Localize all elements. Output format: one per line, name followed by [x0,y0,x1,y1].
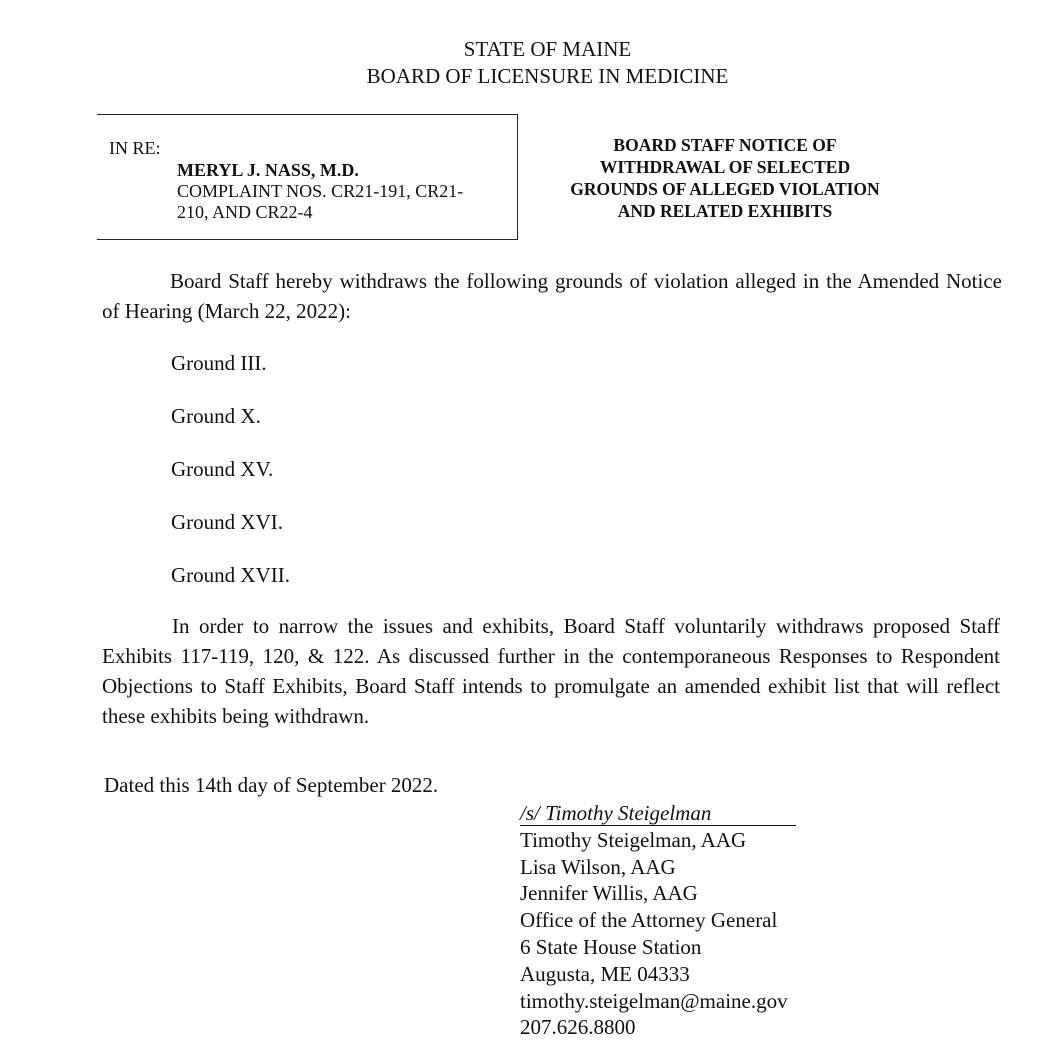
dated-line: Dated this 14th day of September 2022. [104,773,438,798]
respondent-name: MERYL J. NASS, M.D. [177,160,359,181]
ground-item: Ground XVI. [171,510,283,535]
state-heading: STATE OF MAINE [0,37,1040,62]
in-re-label: IN RE: [109,138,161,159]
signature-line: Office of the Attorney General [520,907,796,934]
ground-item: Ground XVII. [171,563,290,588]
signature-line: Timothy Steigelman, AAG [520,827,796,854]
notice-title-line: WITHDRAWAL OF SELECTED [540,157,910,178]
signature-line: Jennifer Willis, AAG [520,880,796,907]
withdrawal-paragraph: Board Staff hereby withdraws the followi… [102,266,1002,326]
ground-item: Ground III. [171,351,267,376]
phone-number: 207.626.8800 [520,1014,796,1041]
ground-item: Ground X. [171,404,261,429]
ground-item: Ground XV. [171,457,273,482]
signature-line: Lisa Wilson, AAG [520,854,796,881]
email-address: timothy.steigelman@maine.gov [520,988,796,1015]
signature-block: /s/ Timothy Steigelman Timothy Steigelma… [520,800,796,1041]
board-heading: BOARD OF LICENSURE IN MEDICINE [0,64,1040,89]
signature-line: 6 State House Station [520,934,796,961]
notice-title-line: GROUNDS OF ALLEGED VIOLATION [540,179,910,200]
notice-title-line: BOARD STAFF NOTICE OF [540,135,910,156]
exhibits-paragraph: In order to narrow the issues and exhibi… [102,611,1000,731]
complaint-numbers-line-1: COMPLAINT NOS. CR21-191, CR21- [177,181,463,202]
signature-line: Augusta, ME 04333 [520,961,796,988]
complaint-numbers-line-2: 210, AND CR22-4 [177,202,313,223]
notice-title-line: AND RELATED EXHIBITS [540,201,910,222]
electronic-signature: /s/ Timothy Steigelman [520,801,796,826]
